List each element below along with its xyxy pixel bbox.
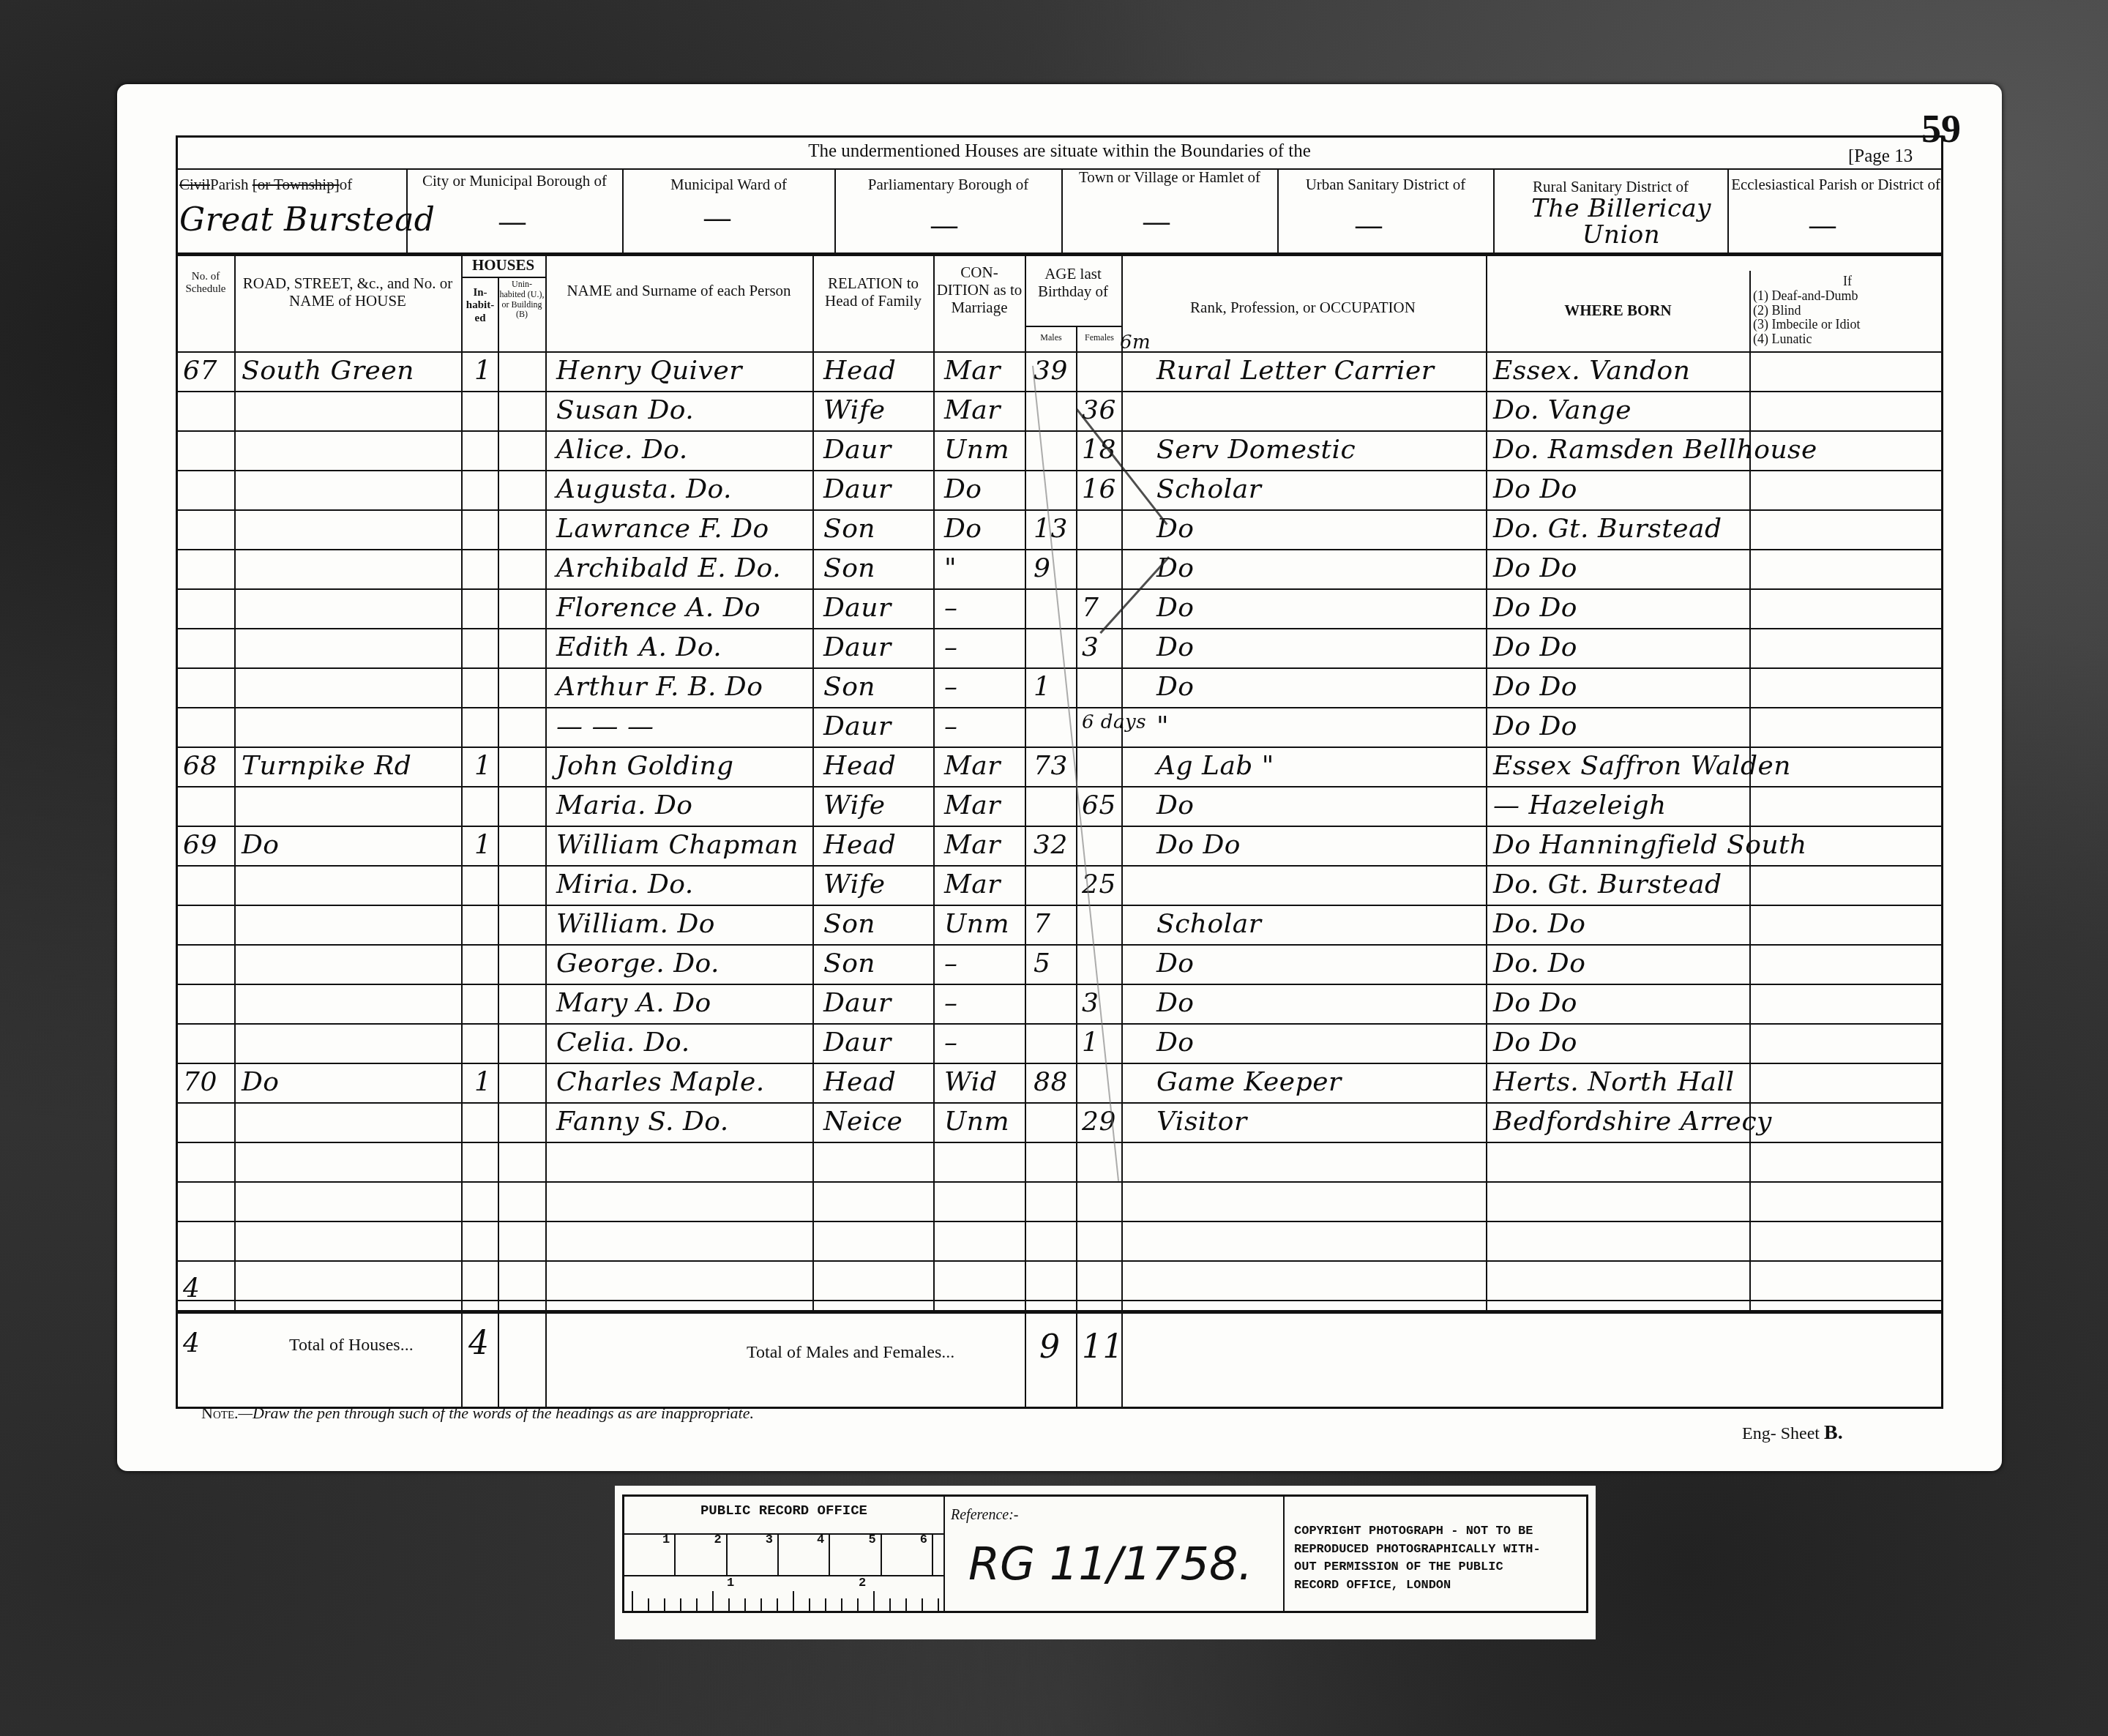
rule [176,1310,1943,1314]
district-header-municipal-borough: City or Municipal Borough of [408,172,621,190]
scale-mark: 3 [728,1533,779,1575]
cell-name: George. Do. [556,949,720,979]
col-header-age: AGE last Birthday of [1026,265,1120,300]
scale-tick [777,1598,778,1612]
row-rule [176,391,1943,392]
record-office-title: PUBLIC RECORD OFFICE [624,1503,943,1519]
page-label: [Page 13 [1848,146,1913,167]
district-header-municipal-ward: Municipal Ward of [624,176,833,193]
cell-schedule: 70 [183,1067,217,1097]
total-persons-label: Total of Males and Females... [747,1343,954,1363]
cell-inhabited: 1 [474,356,491,386]
row-rule [176,944,1943,946]
cell-female-age: 3 [1082,988,1099,1018]
cell-male-age: 1 [1034,672,1050,702]
col-header-houses: HOUSES [463,256,544,274]
cell-female-age: 3 [1082,632,1099,662]
row-rule [176,1063,1943,1064]
cell-condition: – [944,1028,958,1058]
note-lead: Note. [201,1404,239,1422]
cell-road: Turnpike Rd [242,751,411,781]
cell-name: Fanny S. Do. [556,1107,729,1137]
cell-occupation: Do [1156,1028,1195,1058]
divider [1076,326,1077,1409]
houses-total-margin: 4 [183,1328,200,1358]
cell-name: Alice. Do. [556,435,688,465]
col-header-males: Males [1026,333,1076,343]
copyright-line: OUT PERMISSION OF THE PUBLIC [1294,1559,1541,1577]
cell-relation: Son [823,909,875,939]
cell-road: South Green [242,356,414,386]
cell-relation: Wife [823,790,886,820]
infirmity-3: (3) Imbecile or Idiot [1753,318,1942,332]
cell-where-born: Do Do [1493,672,1577,702]
cell-female-age: 7 [1082,593,1099,623]
cell-name: Celia. Do. [556,1028,690,1058]
rule [176,168,1943,170]
cell-relation: Son [823,553,875,583]
scale-tick [648,1598,649,1612]
cell-relation: Daur [823,1028,892,1058]
cell-female-age: 6 days [1082,711,1146,733]
divider [1061,168,1063,252]
cell-relation: Wife [823,869,886,899]
scale-tick [857,1598,859,1612]
cell-female-age: 1 [1082,1028,1099,1058]
note: Note.—Draw the pen through such of the w… [201,1404,754,1423]
divider [498,277,499,1409]
cell-relation: Neice [823,1107,902,1137]
scale-tick [696,1598,698,1612]
infirmity-if: If [1753,274,1942,289]
cell-relation: Daur [823,988,892,1018]
cell-where-born: Do Do [1493,1028,1577,1058]
cell-where-born: Do Do [1493,593,1577,623]
age-annotation: 6m [1120,332,1151,353]
copyright-line: RECORD OFFICE, LONDON [1294,1577,1541,1595]
cell-occupation: Do [1156,672,1195,702]
cell-where-born: Do. Vange [1493,395,1632,425]
cell-male-age: 7 [1034,909,1050,939]
divider [943,1497,945,1611]
cell-schedule: 69 [183,830,217,860]
cell-inhabited: 1 [474,1067,491,1097]
cell-relation: Wife [823,395,886,425]
cell-where-born: Do Do [1493,988,1577,1018]
divider [933,252,935,1310]
divider [834,168,836,252]
cell-relation: Head [823,1067,896,1097]
divider [1749,271,1751,1310]
page-title: The undermentioned Houses are situate wi… [176,141,1943,162]
cell-name: William Chapman [556,830,799,860]
cell-name: Arthur F. B. Do [556,672,763,702]
sheet-label: Eng- Sheet B. [1742,1421,1843,1445]
cell-where-born: Do. Ramsden Bellhouse [1493,435,1817,465]
scale-tick [841,1598,842,1612]
cell-occupation: Rural Letter Carrier [1156,356,1434,386]
scale-tick [905,1598,907,1612]
cell-relation: Son [823,514,875,544]
cell-occupation: Ag Lab " [1156,751,1274,781]
cell-occupation: Do Do [1156,830,1241,860]
cell-condition: Mar [944,869,1001,899]
scale-tick [712,1591,714,1612]
rule [463,277,545,278]
cell-where-born: Do. Gt. Burstead [1493,514,1722,544]
cell-name: John Golding [556,751,734,781]
cell-male-age: 39 [1034,356,1068,386]
cell-name: Archibald E. Do. [556,553,781,583]
cell-condition: – [944,711,958,741]
col-header-road: ROAD, STREET, &c., and No. or NAME of HO… [236,274,460,310]
cell-where-born: Herts. North Hall [1493,1067,1735,1097]
cell-where-born: Do. Do [1493,949,1585,979]
total-houses-label: Total of Houses... [289,1336,414,1355]
cell-condition: Do [944,474,982,504]
cell-where-born: Do. Gt. Burstead [1493,869,1722,899]
district-value-civil-parish: Great Burstead [179,201,436,239]
divider [1121,252,1123,1409]
row-rule [176,1023,1943,1025]
row-rule [176,588,1943,590]
row-rule [176,1221,1943,1222]
cell-name: — — — [556,711,654,741]
cell-road: Do [242,830,280,860]
cell-schedule: 67 [183,356,217,386]
cell-condition: – [944,949,958,979]
rule [1026,326,1121,327]
copyright-line: REPRODUCED PHOTOGRAPHICALLY WITH- [1294,1541,1541,1560]
row-rule [176,1260,1943,1262]
infirmity-2: (2) Blind [1753,304,1942,318]
cell-where-born: — Hazeleigh [1493,790,1667,820]
cell-relation: Daur [823,711,892,741]
cell-relation: Daur [823,474,892,504]
cell-condition: – [944,632,958,662]
cell-condition: – [944,593,958,623]
scale-mark: 2 [676,1533,727,1575]
cell-relation: Daur [823,632,892,662]
cell-condition: – [944,988,958,1018]
cell-relation: Son [823,949,875,979]
cell-condition: Unm [944,909,1009,939]
reference-value: RG 11/1758. [968,1537,1252,1590]
divider [1493,168,1495,252]
cell-name: Miria. Do. [556,869,694,899]
divider [234,252,236,1310]
copyright-notice: COPYRIGHT PHOTOGRAPH - NOT TO BEREPRODUC… [1294,1523,1541,1595]
cell-occupation: Do [1156,988,1195,1018]
divider [1277,168,1279,252]
copyright-line: COPYRIGHT PHOTOGRAPH - NOT TO BE [1294,1523,1541,1541]
district-header-town-village: Town or Village or Hamlet of [1064,168,1276,186]
cell-male-age: 32 [1034,830,1068,860]
total-males-value: 9 [1039,1328,1061,1366]
cell-name: Henry Quiver [556,356,742,386]
district-header-rural-sanitary: Rural Sanitary District of [1495,178,1726,195]
cell-name: Augusta. Do. [556,474,732,504]
scale-mark: 5 [830,1533,881,1575]
cell-condition: Unm [944,1107,1009,1137]
district-value-rural-sanitary: The Billericay Union [1526,196,1716,248]
district-value-municipal-borough: — [498,205,527,239]
district-header-civil-parish: CivilParish [or Township]of [179,176,406,193]
cell-occupation: Do [1156,632,1195,662]
col-header-name: NAME and Surname of each Person [549,282,809,299]
cell-name: Susan Do. [556,395,694,425]
cell-schedule: 68 [183,751,217,781]
cell-name: William. Do [556,909,715,939]
reference-caption: Reference:- [951,1507,1019,1524]
district-header-ecclesiastical: Ecclesiastical Parish or District of [1730,176,1942,193]
row-rule [176,509,1943,511]
cell-male-age: 5 [1034,949,1050,979]
sheet-letter: B. [1824,1421,1843,1444]
scale-tick [938,1598,939,1612]
cell-female-age: 16 [1082,474,1116,504]
col-header-infirmity: If (1) Deaf-and-Dumb (2) Blind (3) Imbec… [1753,274,1942,347]
cell-occupation: Do [1156,593,1195,623]
cell-where-born: Essex Saffron Walden [1493,751,1791,781]
row-rule [176,905,1943,906]
scale-bottom: 12 [624,1575,943,1612]
cell-relation: Head [823,751,896,781]
divider [545,252,547,1409]
cell-name: Mary A. Do [556,988,711,1018]
cell-condition: Do [944,514,982,544]
district-value-urban-sanitary: — [1354,209,1383,242]
scale-tick [680,1598,681,1612]
reference-label-frame: PUBLIC RECORD OFFICE 123456 12 Reference… [622,1494,1588,1613]
cell-condition: Mar [944,395,1001,425]
divider [1727,168,1729,252]
cell-where-born: Do Do [1493,553,1577,583]
cell-condition: Mar [944,830,1001,860]
cell-inhabited: 1 [474,751,491,781]
cell-relation: Daur [823,593,892,623]
scale-tick [922,1598,923,1612]
cell-where-born: Essex. Vandon [1493,356,1690,386]
scale-mark: 2 [859,1576,866,1590]
cell-occupation: Do [1156,553,1195,583]
cell-occupation: Serv Domestic [1156,435,1356,465]
district-value-ecclesiastical: — [1808,209,1837,242]
scale-tick [825,1598,826,1612]
cell-name: Maria. Do [556,790,692,820]
infirmity-4: (4) Lunatic [1753,332,1942,347]
scale-top: 123456 [624,1533,943,1575]
cell-where-born: Do. Do [1493,909,1585,939]
cell-where-born: Bedfordshire Arrecy [1493,1107,1772,1137]
cell-condition: Wid [944,1067,997,1097]
divider [812,252,814,1310]
row-rule [176,786,1943,787]
col-header-relation: RELATION to Head of Family [814,274,932,310]
district-value-parliamentary-borough: — [930,209,959,242]
cell-condition: Unm [944,435,1009,465]
divider [1486,252,1487,1310]
col-header-inhabited: In-habit-ed [463,287,498,325]
row-rule [176,984,1943,985]
total-females-value: 11 [1082,1328,1124,1366]
rule [176,252,1943,256]
row-rule [176,865,1943,867]
cell-condition: Mar [944,751,1001,781]
row-rule [176,826,1943,827]
cell-occupation: Scholar [1156,909,1261,939]
cell-occupation: Do [1156,949,1195,979]
col-header-females: Females [1077,333,1121,343]
row-rule [176,430,1943,432]
cell-name: Lawrance F. Do [556,514,769,544]
divider [1283,1497,1285,1611]
row-rule [176,1102,1943,1104]
row-rule [176,549,1943,550]
cell-name: Edith A. Do. [556,632,722,662]
cell-where-born: Do Hanningfield South [1493,830,1807,860]
col-header-schedule: No. of Schedule [177,271,234,296]
cell-male-age: 9 [1034,553,1050,583]
cell-name: Charles Maple. [556,1067,765,1097]
cell-female-age: 65 [1082,790,1116,820]
cell-relation: Head [823,830,896,860]
cell-where-born: Do Do [1493,711,1577,741]
divider [622,168,624,252]
cell-occupation: Do [1156,790,1195,820]
scale-tick [664,1598,665,1612]
scale-tick [728,1598,730,1612]
cell-condition: " [944,553,957,583]
scale-tick [744,1598,746,1612]
reference-label: PUBLIC RECORD OFFICE 123456 12 Reference… [615,1486,1596,1639]
cell-relation: Head [823,356,896,386]
cell-condition: – [944,672,958,702]
cell-condition: Mar [944,790,1001,820]
district-value-town-village: — [1142,205,1171,239]
row-rule [176,707,1943,708]
cell-occupation: Visitor [1156,1107,1247,1137]
sheet-label-text: Eng- Sheet [1742,1424,1820,1443]
cell-relation: Daur [823,435,892,465]
scale-mark: 6 [882,1533,933,1575]
cell-where-born: Do Do [1493,474,1577,504]
note-text: —Draw the pen through such of the words … [239,1404,754,1422]
col-header-condition: CON-DITION as to Marriage [935,263,1023,316]
row-rule [176,1142,1943,1143]
row-rule [176,667,1943,669]
cell-male-age: 73 [1034,751,1068,781]
cell-condition: Mar [944,356,1001,386]
scale-tick [873,1591,875,1612]
cell-occupation: Scholar [1156,474,1261,504]
infirmity-1: (1) Deaf-and-Dumb [1753,289,1942,304]
scale-mark: 4 [779,1533,830,1575]
row-rule [176,1300,1943,1301]
row-rule [176,747,1943,748]
district-header-parliamentary-borough: Parliamentary Borough of [837,176,1060,193]
scale-tick [889,1598,891,1612]
divider [461,252,463,1409]
scale-mark: 1 [624,1533,676,1575]
cell-inhabited: 1 [474,830,491,860]
col-header-where-born: WHERE BORN [1488,302,1748,319]
row-rule [176,1181,1943,1183]
rule [176,351,1943,353]
scale-tick [760,1598,762,1612]
schedule-tally: 4 [183,1273,200,1303]
col-header-occupation: Rank, Profession, or OCCUPATION [1124,299,1482,316]
row-rule [176,470,1943,471]
cell-name: Florence A. Do [556,593,760,623]
divider [1025,252,1026,1409]
scale-tick [809,1598,810,1612]
scale-tick [793,1591,794,1612]
district-header-urban-sanitary: Urban Sanitary District of [1279,176,1492,193]
cell-male-age: 88 [1034,1067,1068,1097]
cell-relation: Son [823,672,875,702]
col-header-uninhabited: Unin-habited (U.), or Building (B) [499,280,545,320]
district-value-municipal-ward: — [703,201,732,235]
total-houses-value: 4 [468,1325,490,1362]
scale-tick [632,1591,633,1612]
cell-road: Do [242,1067,280,1097]
scale-mark: 1 [727,1576,734,1590]
cell-occupation: " [1156,711,1169,741]
cell-occupation: Game Keeper [1156,1067,1342,1097]
cell-where-born: Do Do [1493,632,1577,662]
